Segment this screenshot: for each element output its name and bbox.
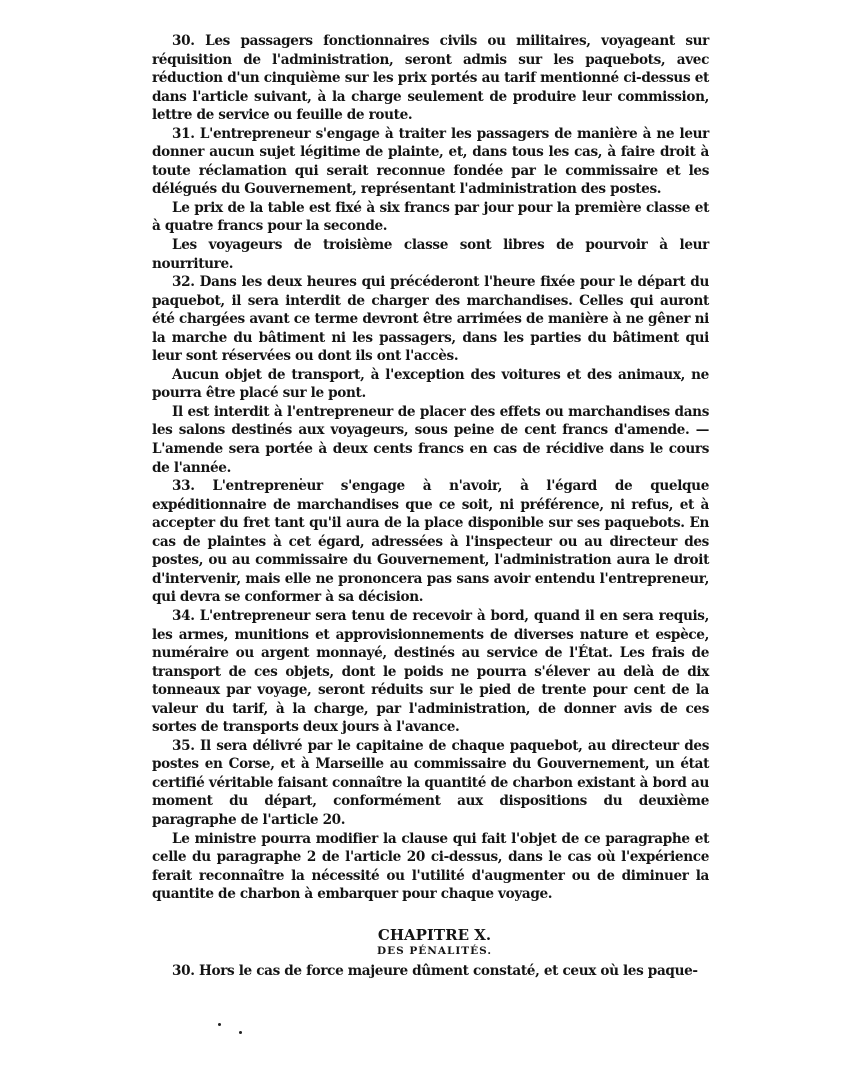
paragraph-text: Le ministre pourra modifier la clause qu… — [152, 831, 709, 903]
paragraph-text: Aucun objet de transport, à l'exception … — [152, 367, 709, 402]
article-number: 33. — [172, 478, 195, 494]
paragraph-salon-fine: Il est interdit à l'entrepreneur de plac… — [152, 403, 709, 477]
article-text: Dans les deux heures qui précéderont l'h… — [152, 274, 709, 364]
paragraph-minister-clause: Le ministre pourra modifier la clause qu… — [152, 830, 709, 904]
article-text: Hors le cas de force majeure dûment cons… — [199, 963, 698, 979]
scan-speck — [300, 478, 302, 480]
article-number: 30. — [172, 33, 195, 49]
paragraph-third-class: Les voyageurs de troisième classe sont l… — [152, 236, 709, 273]
scan-speck — [239, 1031, 242, 1034]
article-text: L'entrepreneur s'engage à traiter les pa… — [152, 126, 709, 198]
article-number: 32. — [172, 274, 195, 290]
article-33: 33. L'entrepreneur s'engage à n'avoir, à… — [152, 477, 709, 607]
article-35: 35. Il sera délivré par le capitaine de … — [152, 737, 709, 830]
article-34: 34. L'entrepreneur sera tenu de recevoir… — [152, 607, 709, 737]
chapter-subtitle: DES PÉNALITÉS. — [152, 944, 709, 958]
article-number: 35. — [172, 738, 195, 754]
paragraph-text: Le prix de la table est fixé à six franc… — [152, 200, 709, 235]
article-30-penalties: 30. Hors le cas de force majeure dûment … — [152, 962, 709, 981]
paragraph-deck-transport: Aucun objet de transport, à l'exception … — [152, 366, 709, 403]
paragraph-text: Il est interdit à l'entrepreneur de plac… — [152, 404, 709, 476]
scan-speck — [218, 1023, 221, 1026]
article-number: 31. — [172, 126, 195, 142]
article-text: L'entrepreneur s'engage à n'avoir, à l'é… — [152, 478, 709, 605]
article-number: 30. — [172, 963, 195, 979]
article-text: L'entrepreneur sera tenu de recevoir à b… — [152, 608, 709, 735]
article-text: Il sera délivré par le capitaine de chaq… — [152, 738, 709, 828]
article-30: 30. Les passagers fonctionnaires civils … — [152, 32, 709, 125]
article-text: Les passagers fonctionnaires civils ou m… — [152, 33, 709, 123]
article-32: 32. Dans les deux heures qui précéderont… — [152, 273, 709, 366]
article-number: 34. — [172, 608, 195, 624]
paragraph-table-price: Le prix de la table est fixé à six franc… — [152, 199, 709, 236]
article-31: 31. L'entrepreneur s'engage à traiter le… — [152, 125, 709, 199]
paragraph-text: Les voyageurs de troisième classe sont l… — [152, 237, 709, 272]
document-page: 30. Les passagers fonctionnaires civils … — [152, 32, 709, 980]
chapter-title: CHAPITRE X. — [152, 926, 709, 944]
